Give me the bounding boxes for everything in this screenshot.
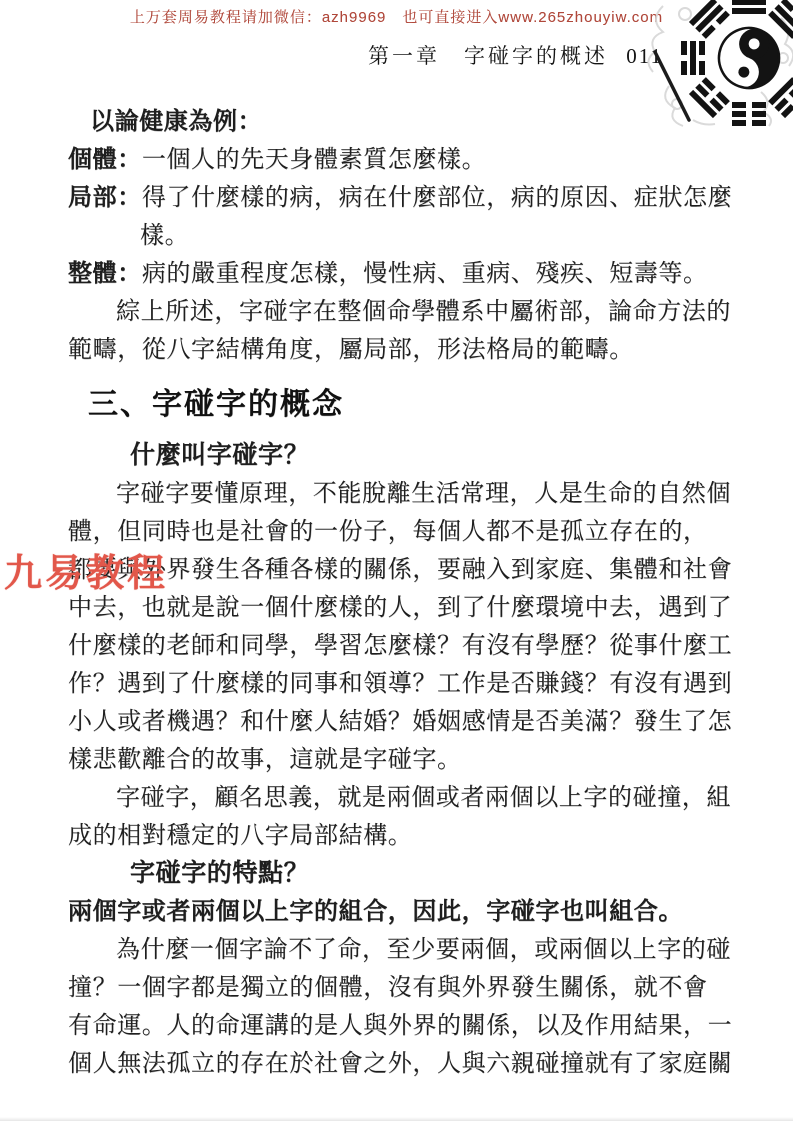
scan-edge-shadow bbox=[0, 1117, 793, 1121]
line-label: 整體： bbox=[68, 261, 142, 287]
question-subhead: 什麼叫字碰字？ bbox=[68, 437, 748, 475]
text-line: 綜上所述，字碰字在整個命學體系中屬術部，論命方法的 bbox=[68, 293, 748, 331]
line-text: 病的嚴重程度怎樣，慢性病、重病、殘疾、短壽等。 bbox=[142, 261, 708, 287]
chapter-header: 第一章 字碰字的概述 011 bbox=[368, 40, 663, 70]
line-label: 個體： bbox=[68, 147, 142, 173]
text-line: 字碰字，顧名思義，就是兩個或者兩個以上字的碰撞，組 bbox=[68, 779, 748, 817]
text-line: 都要與外界發生各種各樣的關係，要融入到家庭、集體和社會 bbox=[68, 551, 748, 589]
text-line: 體，但同時也是社會的一份子，每個人都不是孤立存在的， bbox=[68, 513, 748, 551]
text-line: 什麼樣的老師和同學，學習怎麼樣？有沒有學歷？從事什麼工 bbox=[68, 627, 748, 665]
text-line: 中去，也就是說一個什麼樣的人，到了什麼環境中去，遇到了 bbox=[68, 589, 748, 627]
scanned-book-page: 上万套周易教程请加微信：azh9969 也可直接进入www.265zhouyiw… bbox=[0, 0, 793, 1121]
yinyang-icon bbox=[711, 20, 788, 97]
watermark: 九易教程 bbox=[4, 542, 168, 597]
page-body: 以論健康為例： 個體：一個人的先天身體素質怎麼樣。 局部：得了什麼樣的病，病在什… bbox=[68, 103, 748, 1083]
text-line: 範疇，從八字結構角度，屬局部，形法格局的範疇。 bbox=[68, 331, 748, 369]
text-line: 字碰字要懂原理，不能脫離生活常理，人是生命的自然個 bbox=[68, 475, 748, 513]
text-line: 有命運。人的命運講的是人與外界的關係，以及作用結果，一 bbox=[68, 1007, 748, 1045]
text-line: 兩個字或者兩個以上字的組合，因此，字碰字也叫組合。 bbox=[68, 893, 748, 931]
text-line: 以論健康為例： bbox=[68, 103, 748, 141]
text-line: 為什麼一個字論不了命，至少要兩個，或兩個以上字的碰 bbox=[68, 931, 748, 969]
text-line: 小人或者機遇？和什麼人結婚？婚姻感情是否美滿？發生了怎 bbox=[68, 703, 748, 741]
line-text: 一個人的先天身體素質怎麼樣。 bbox=[142, 147, 486, 173]
chapter-title: 第一章 字碰字的概述 bbox=[368, 44, 608, 68]
question-subhead: 字碰字的特點？ bbox=[68, 855, 748, 893]
text-line: 樣。 bbox=[68, 217, 748, 255]
text-line: 局部：得了什麼樣的病，病在什麼部位，病的原因、症狀怎麼 bbox=[68, 179, 748, 217]
text-line: 個體：一個人的先天身體素質怎麼樣。 bbox=[68, 141, 748, 179]
text-line: 作？遇到了什麼樣的同事和領導？工作是否賺錢？有沒有遇到 bbox=[68, 665, 748, 703]
line-label: 局部： bbox=[68, 185, 142, 211]
text-line: 樣悲歡離合的故事，這就是字碰字。 bbox=[68, 741, 748, 779]
text-line: 個人無法孤立的存在於社會之外，人與六親碰撞就有了家庭關 bbox=[68, 1045, 748, 1083]
text-line: 整體：病的嚴重程度怎樣，慢性病、重病、殘疾、短壽等。 bbox=[68, 255, 748, 293]
text-line: 撞？一個字都是獨立的個體，沒有與外界發生關係，就不會 bbox=[68, 969, 748, 1007]
section-heading: 三、字碰字的概念 bbox=[68, 383, 748, 427]
line-text: 得了什麼樣的病，病在什麼部位，病的原因、症狀怎麼 bbox=[142, 185, 732, 211]
text-line: 成的相對穩定的八字局部結構。 bbox=[68, 817, 748, 855]
